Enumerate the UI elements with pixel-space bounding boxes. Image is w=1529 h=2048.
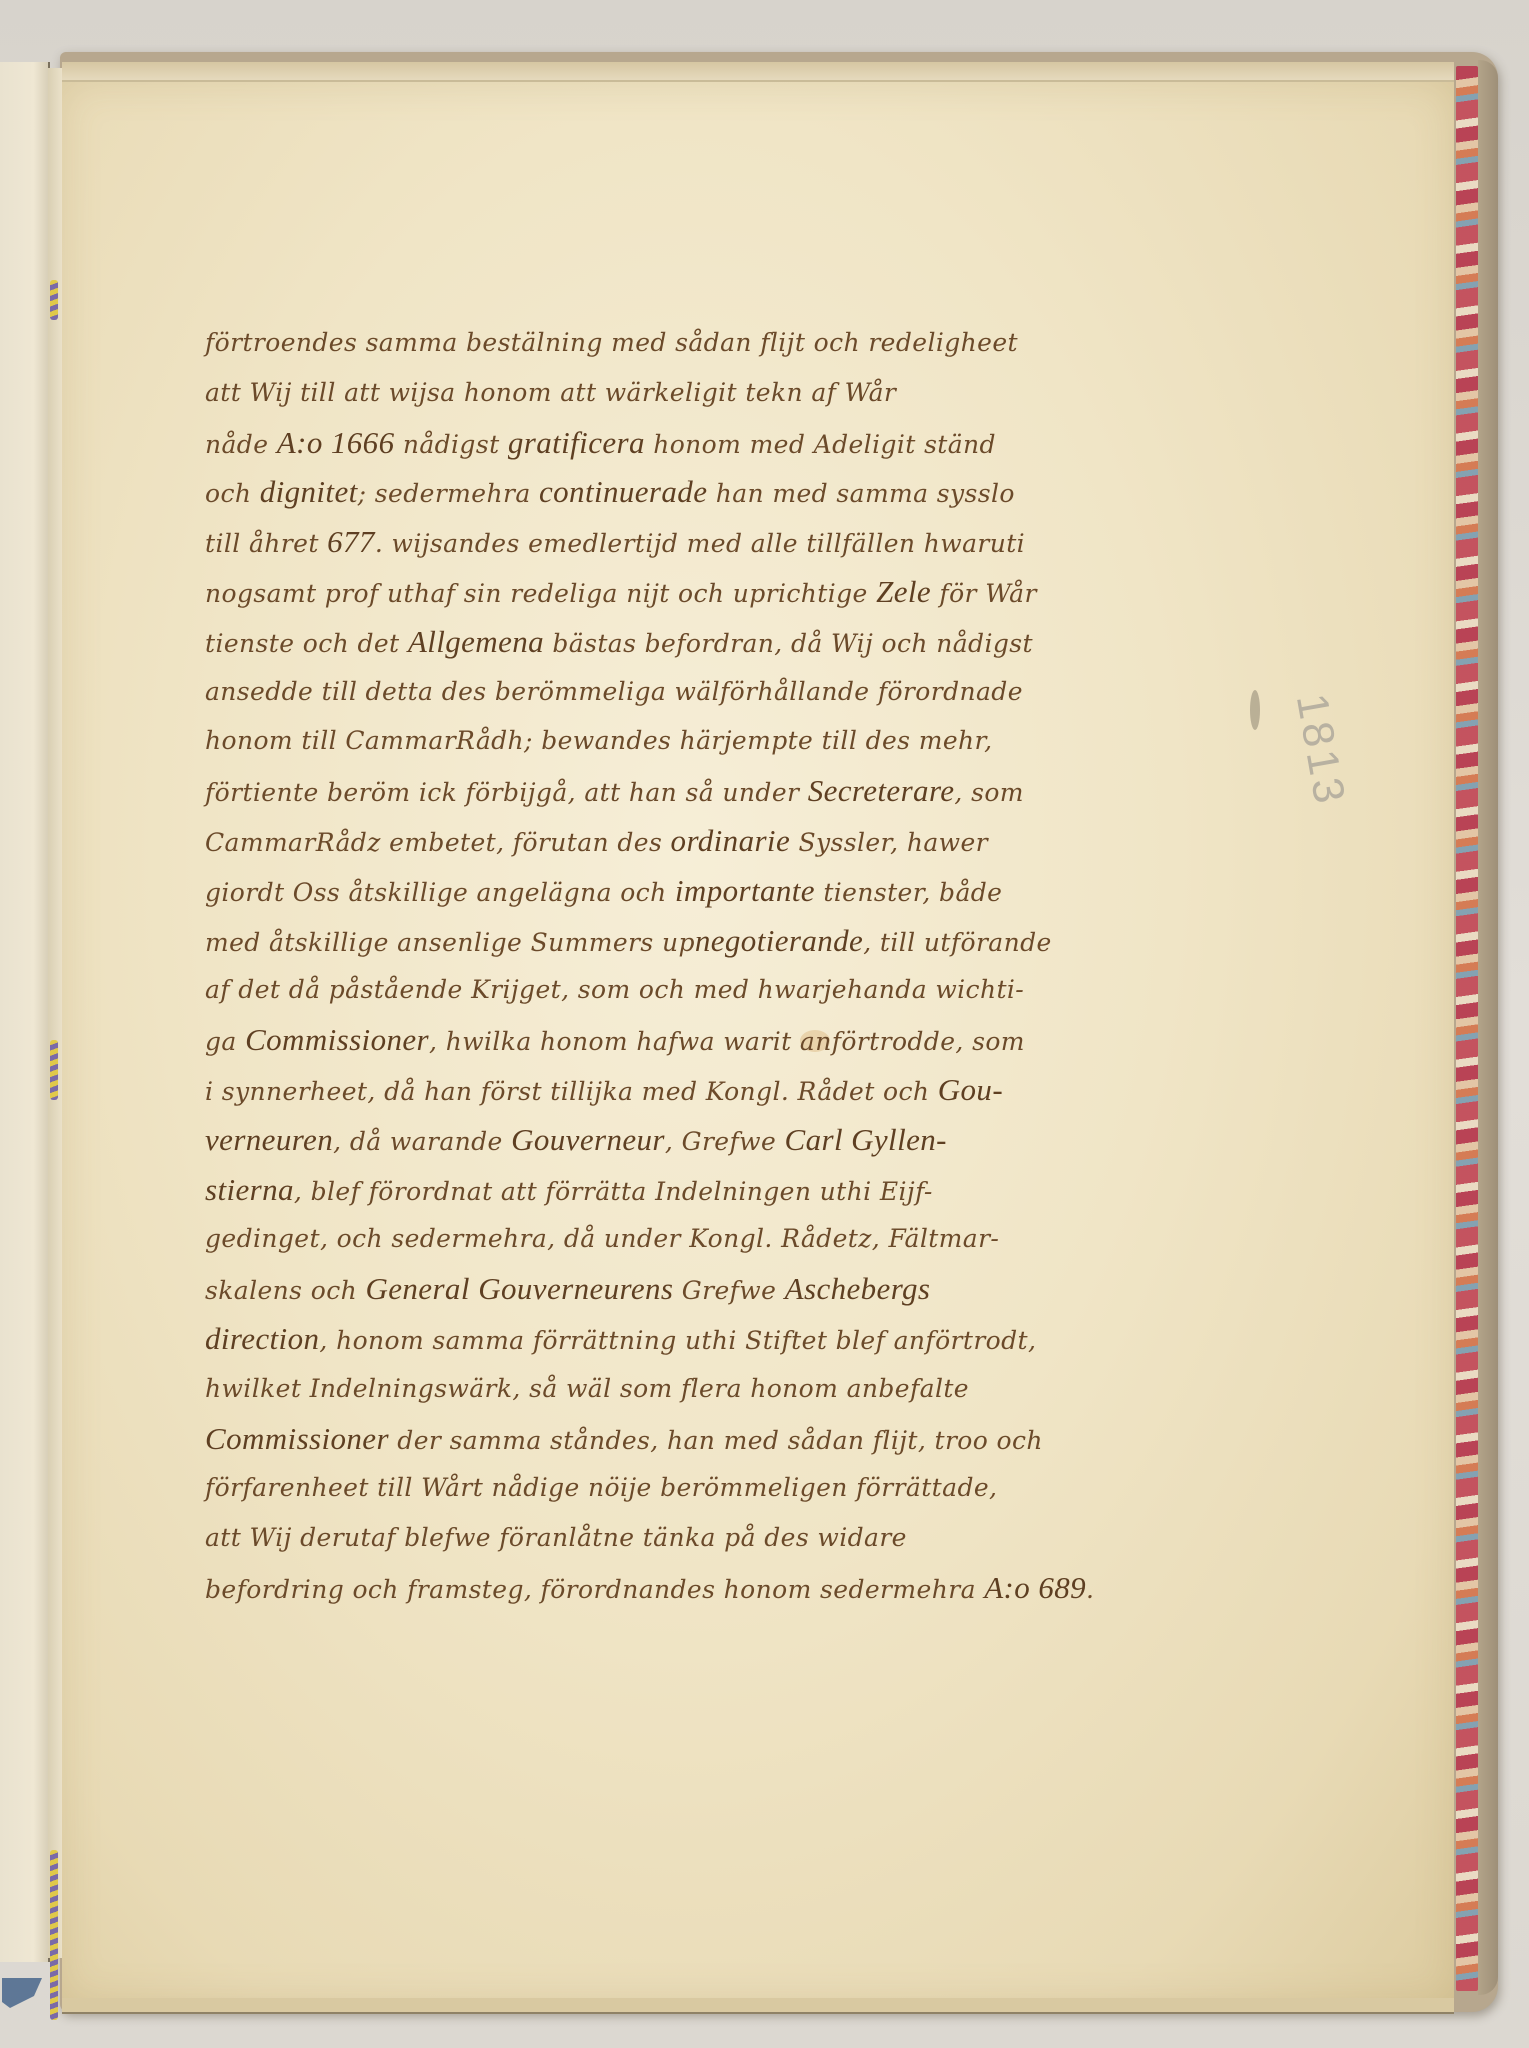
binding-thread [50, 1850, 58, 2020]
manuscript-line: direction, honom samma förrättning uthi … [205, 1314, 1250, 1364]
manuscript-line: tienste och det Allgemena bästas befordr… [205, 617, 1250, 667]
manuscript-line: hwilket Indelningswärk, så wäl som flera… [205, 1364, 1250, 1414]
latin-script-word: dignitet [260, 474, 358, 509]
latin-script-word: stierna [205, 1172, 294, 1207]
latin-script-word: gratificera [508, 425, 645, 460]
manuscript-line: giordt Oss åtskillige angelägna och impo… [205, 866, 1250, 916]
latin-script-word: continuerade [539, 474, 707, 509]
manuscript-line: honom till CammarRådh; bewandes härjempt… [205, 716, 1250, 766]
manuscript-line: att Wij till att wijsa honom att wärkeli… [205, 368, 1250, 418]
page-bottom-edge [62, 1998, 1454, 2014]
latin-script-word: direction [205, 1321, 319, 1356]
manuscript-line: och dignitet; sedermehra continuerade ha… [205, 467, 1250, 517]
ink-smudge [1250, 690, 1260, 730]
manuscript-line: Commissioner der samma ståndes, han med … [205, 1414, 1250, 1464]
manuscript-line: förtroendes samma bestälning med sådan f… [205, 318, 1250, 368]
latin-script-word: Gouverneur [511, 1122, 665, 1157]
latin-script-word: Zele [876, 574, 931, 609]
latin-script-word: Carl Gyllen- [785, 1122, 947, 1157]
manuscript-line: skalens och General Gouverneurens Grefwe… [205, 1264, 1250, 1314]
manuscript-line: stierna, blef förordnat att förrätta Ind… [205, 1165, 1250, 1215]
manuscript-line: ansedde till detta des berömmeliga wälfö… [205, 667, 1250, 717]
cover-edge [1478, 60, 1498, 1995]
manuscript-line: till åhret 677. wijsandes emedlertijd me… [205, 517, 1250, 567]
binding-thread [50, 280, 58, 320]
latin-script-word: Commissioner [205, 1421, 389, 1456]
latin-script-word: negotierande [695, 923, 863, 958]
manuscript-line: nogsamt prof uthaf sin redeliga nijt och… [205, 567, 1250, 617]
latin-script-word: General [365, 1271, 469, 1306]
manuscript-line: befordring och framsteg, förordnandes ho… [205, 1563, 1250, 1613]
facing-page-stub [0, 62, 50, 1962]
manuscript-line: CammarRådz embetet, förutan des ordinari… [205, 816, 1250, 866]
latin-script-word: 677 [327, 524, 375, 559]
manuscript-line: i synnerheet, då han först tillijka med … [205, 1065, 1250, 1115]
manuscript-line: med åtskillige ansenlige Summers upnegot… [205, 916, 1250, 966]
manuscript-line: förtiente beröm ick förbijgå, att han så… [205, 766, 1250, 816]
latin-script-word: Aschebergs [785, 1271, 931, 1306]
latin-script-word: Gouverneurens [478, 1271, 673, 1306]
latin-script-word: A:o 1666 [277, 425, 395, 460]
manuscript-line: verneuren, då warande Gouverneur, Grefwe… [205, 1115, 1250, 1165]
manuscript-line: gedinget, och sedermehra, då under Kongl… [205, 1214, 1250, 1264]
latin-script-word: ordinarie [671, 823, 791, 858]
handwritten-text-block: förtroendes samma bestälning med sådan f… [205, 318, 1250, 1613]
manuscript-line: af det då påstående Krijget, som och med… [205, 965, 1250, 1015]
binding-thread [50, 1040, 58, 1100]
latin-script-word: Allgemena [408, 624, 544, 659]
manuscript-line: förfarenheet till Wårt nådige nöije berö… [205, 1463, 1250, 1513]
latin-script-word: Commissioner [245, 1022, 429, 1057]
latin-script-word: Gou- [938, 1072, 1003, 1107]
latin-script-word: verneuren [205, 1122, 333, 1157]
marbled-paper-edge [1456, 66, 1478, 1991]
manuscript-line: att Wij derutaf blefwe föranlåtne tänka … [205, 1513, 1250, 1563]
latin-script-word: Secreterare [808, 773, 955, 808]
latin-script-word: A:o 689 [984, 1570, 1086, 1605]
manuscript-line: nåde A:o 1666 nådigst gratificera honom … [205, 418, 1250, 468]
latin-script-word: importante [675, 873, 815, 908]
manuscript-line: ga Commissioner, hwilka honom hafwa wari… [205, 1015, 1250, 1065]
